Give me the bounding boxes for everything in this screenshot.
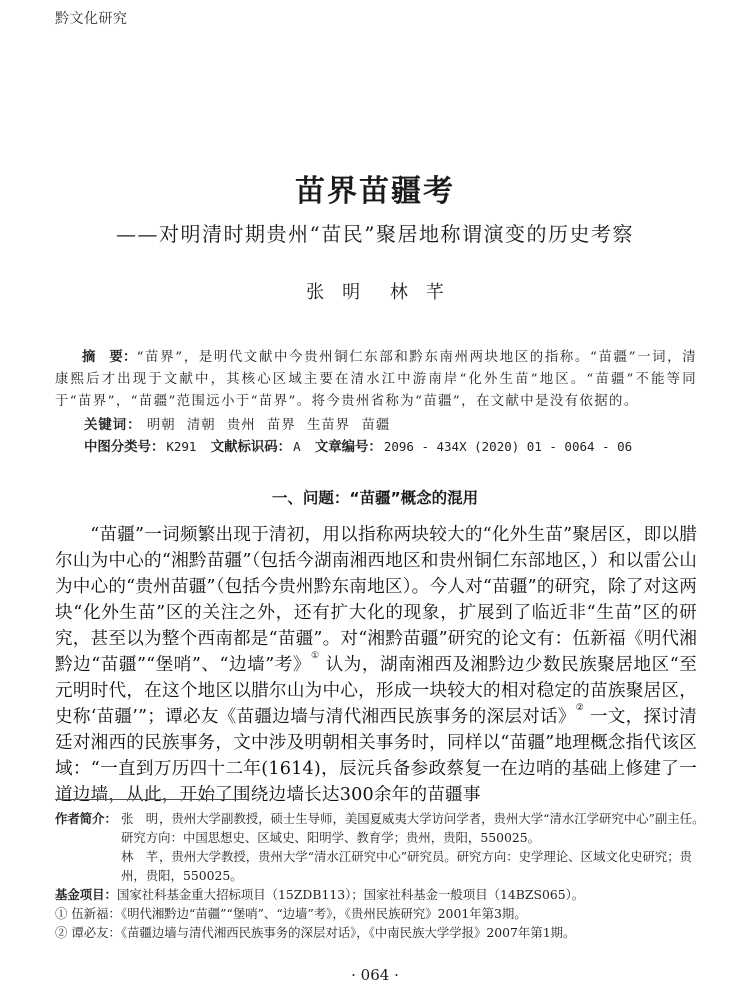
footnote-mark: ② [55, 925, 67, 940]
body-text-segment: “苗疆”一词频繁出现于清初，用以指称两块较大的“化外生苗”聚居区，即以腊尔山为中… [55, 525, 697, 675]
keyword: 生苗界 [307, 418, 350, 433]
funding-text: 国家社科基金重大招标项目（15ZDB113）；国家社科基金一般项目（14BZS0… [117, 887, 584, 902]
keyword: 贵州 [227, 418, 256, 433]
footnote-ref-2[interactable]: ② [576, 703, 584, 713]
footnote-separator [55, 799, 247, 800]
section-heading: 一、问题：“苗疆”概念的混用 [0, 486, 750, 508]
keywords: 关键词： 明朝 清朝 贵州 苗界 生苗界 苗疆 [84, 414, 396, 433]
doc-code-label: 文献标识码： [211, 440, 291, 455]
keyword: 明朝 [147, 418, 176, 433]
author-byline: 张 明 林 芊 [0, 278, 750, 304]
abstract: 摘 要：“苗界”，是明代文献中今贵州铜仁东部和黔东南州两块地区的指称。“苗疆”一… [55, 347, 697, 413]
article-no-label: 文章编号： [315, 440, 382, 455]
clc-value: K291 [166, 439, 196, 454]
abstract-label: 摘 要： [82, 350, 137, 365]
article-title: 苗界苗疆考 [0, 166, 750, 210]
abstract-text: “苗界”，是明代文献中今贵州铜仁东部和黔东南州两块地区的指称。“苗疆”一词，清康… [55, 350, 697, 409]
footnote-mark: ① [55, 906, 67, 921]
doc-code-value: A [293, 439, 301, 454]
keyword: 苗疆 [361, 418, 390, 433]
author-name: 林 芊 [390, 282, 444, 303]
page-number: · 064 · [0, 966, 750, 984]
footnote-item: ② 谭必友：《苗疆边墙与清代湘西民族事务的深层对话》，《中南民族大学学报》200… [55, 923, 705, 942]
footnotes: ① 伍新福：《明代湘黔边“苗疆”“堡哨”、“边墙”考》，《贵州民族研究》2001… [55, 904, 705, 942]
article-no-value: 2096 - 434X (2020) 01 - 0064 - 06 [384, 439, 632, 454]
keyword: 清朝 [187, 418, 216, 433]
author-name: 张 明 [306, 282, 360, 303]
funding-note: 基金项目：国家社科基金重大招标项目（15ZDB113）；国家社科基金一般项目（1… [55, 885, 705, 904]
funding-label: 基金项目： [55, 887, 117, 902]
clc-label: 中图分类号： [84, 440, 164, 455]
running-head: 黔文化研究 [55, 8, 128, 28]
author-notes-label: 作者简介： [55, 809, 121, 885]
keyword: 苗界 [267, 418, 296, 433]
author-note-entry: 林 芊，贵州大学教授，贵州大学“清水江研究中心”研究员。研究方向：史学理论、区域… [121, 847, 705, 885]
author-notes: 作者简介： 张 明，贵州大学副教授，硕士生导师，美国夏威夷大学访问学者，贵州大学… [55, 809, 705, 885]
article-subtitle: ——对明清时期贵州“苗民”聚居地称谓演变的历史考察 [0, 218, 750, 247]
footnote-item: ① 伍新福：《明代湘黔边“苗疆”“堡哨”、“边墙”考》，《贵州民族研究》2001… [55, 904, 705, 923]
author-note-entry: 张 明，贵州大学副教授，硕士生导师，美国夏威夷大学访问学者，贵州大学“清水江学研… [121, 809, 705, 847]
footnote-ref-1[interactable]: ① [311, 651, 320, 661]
body-paragraph: “苗疆”一词频繁出现于清初，用以指称两块较大的“化外生苗”聚居区，即以腊尔山为中… [55, 522, 697, 808]
classification-line: 中图分类号：K291 文献标识码：A 文章编号：2096 - 434X (202… [84, 436, 642, 455]
keywords-label: 关键词： [84, 418, 142, 433]
